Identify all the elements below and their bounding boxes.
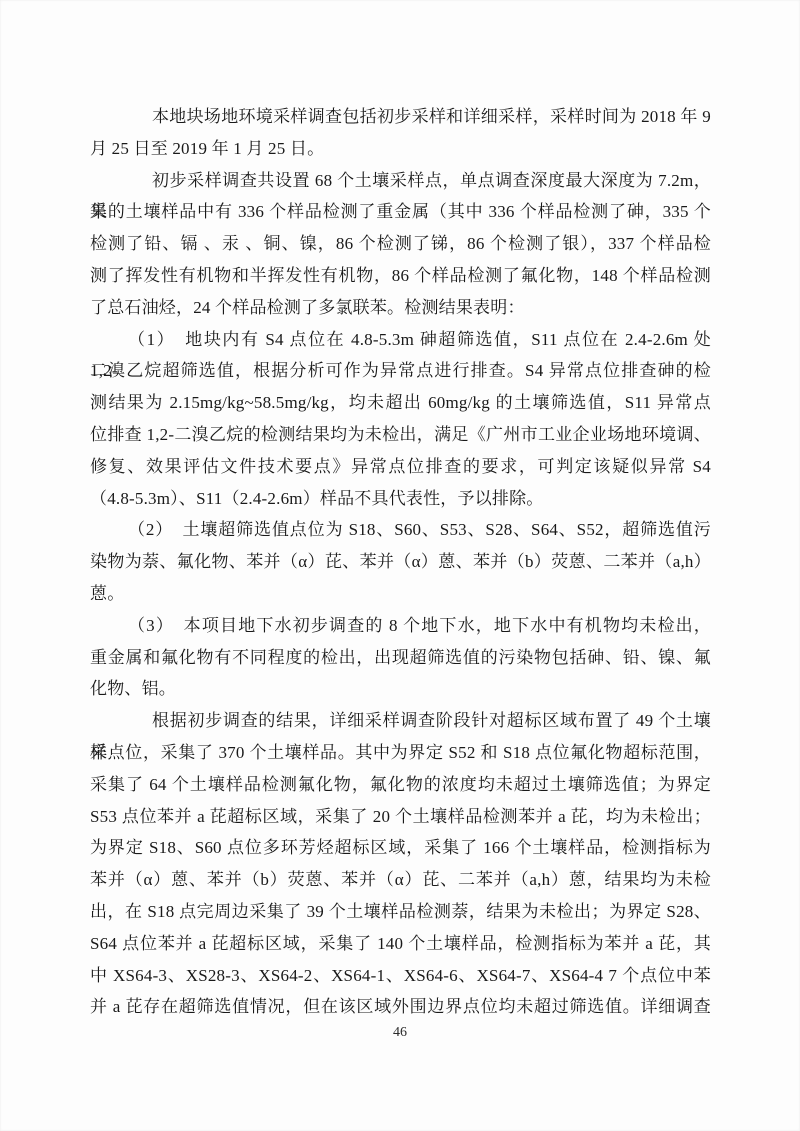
text-line: 根据初步调查的结果，详细采样调查阶段针对超标区域布置了 49 个土壤采 (90, 705, 711, 737)
text-line: （3） 本项目地下水初步调查的 8 个地下水，地下水中有机物均未检出， (90, 610, 711, 642)
text-line: 修复、效果评估文件技术要点》异常点位排查的要求，可判定该疑似异常 S4 (90, 451, 711, 483)
text-line: （2） 土壤超筛选值点位为 S18、S60、S53、S28、S64、S52，超筛… (90, 514, 711, 546)
text-line: 采集了 64 个土壤样品检测氟化物，氟化物的浓度均未超过土壤筛选值；为界定 (90, 769, 711, 801)
text-line: 位排查 1,2-二溴乙烷的检测结果均为未检出，满足《广州市工业企业场地环境调、 (90, 419, 711, 451)
document-page: 本地块场地环境采样调查包括初步采样和详细采样，采样时间为 2018 年 9月 2… (0, 0, 800, 1131)
page-number: 46 (393, 1025, 407, 1040)
text-line: 并 a 芘存在超筛选值情况，但在该区域外围边界点位均未超过筛选值。详细调查 (90, 991, 711, 1023)
text-line: （1） 地块内有 S4 点位在 4.8-5.3m 砷超筛选值，S11 点位在 2… (90, 324, 711, 356)
text-line: 了总石油烃，24 个样品检测了多氯联苯。检测结果表明： (90, 292, 711, 324)
text-line: 化物、铝。 (90, 673, 711, 705)
text-line: 集的土壤样品中有 336 个样品检测了重金属（其中 336 个样品检测了砷，33… (90, 196, 711, 228)
text-line: 二溴乙烷超筛选值，根据分析可作为异常点进行排查。S4 异常点位排查砷的检 (90, 355, 711, 387)
text-line: 染物为萘、氟化物、苯并（α）芘、苯并（α）蒽、苯并（b）荧蒽、二苯并（a,h） (90, 546, 711, 578)
text-line: 为界定 S18、S60 点位多环芳烃超标区域，采集了 166 个土壤样品，检测指… (90, 832, 711, 864)
page-footer: 46 (0, 1023, 800, 1041)
text-line: 初步采样调查共设置 68 个土壤采样点，单点调查深度最大深度为 7.2m，采 (90, 165, 711, 197)
text-line: 出，在 S18 点完周边采集了 39 个土壤样品检测萘，结果为未检出；为界定 S… (90, 896, 711, 928)
text-line: 月 25 日至 2019 年 1 月 25 日。 (90, 133, 711, 165)
text-line: 测了挥发性有机物和半挥发性有机物，86 个样品检测了氟化物，148 个样品检测 (90, 260, 711, 292)
text-line: 本地块场地环境采样调查包括初步采样和详细采样，采样时间为 2018 年 9 (90, 101, 711, 133)
text-line: （4.8-5.3m）、S11（2.4-2.6m）样品不具代表性，予以排除。 (90, 483, 711, 515)
text-line: 测结果为 2.15mg/kg~58.5mg/kg，均未超出 60mg/kg 的土… (90, 387, 711, 419)
text-line: 样点位，采集了 370 个土壤样品。其中为界定 S52 和 S18 点位氟化物超… (90, 737, 711, 769)
text-line: 中 XS64-3、XS28-3、XS64-2、XS64-1、XS64-6、XS6… (90, 960, 711, 992)
text-line: 检测了铅、镉 、汞 、铜、镍，86 个检测了锑，86 个检测了银），337 个样… (90, 228, 711, 260)
text-line: S64 点位苯并 a 芘超标区域，采集了 140 个土壤样品，检测指标为苯并 a… (90, 928, 711, 960)
text-line: 重金属和氟化物有不同程度的检出，出现超筛选值的污染物包括砷、铅、镍、氟 (90, 642, 711, 674)
text-block: 本地块场地环境采样调查包括初步采样和详细采样，采样时间为 2018 年 9月 2… (90, 101, 711, 1023)
text-line: 苯并（α）蒽、苯并（b）荧蒽、苯并（α）芘、二苯并（a,h）蒽，结果均为未检 (90, 864, 711, 896)
text-line: 蒽。 (90, 578, 711, 610)
text-line: S53 点位苯并 a 芘超标区域，采集了 20 个土壤样品检测苯并 a 芘，均为… (90, 801, 711, 833)
